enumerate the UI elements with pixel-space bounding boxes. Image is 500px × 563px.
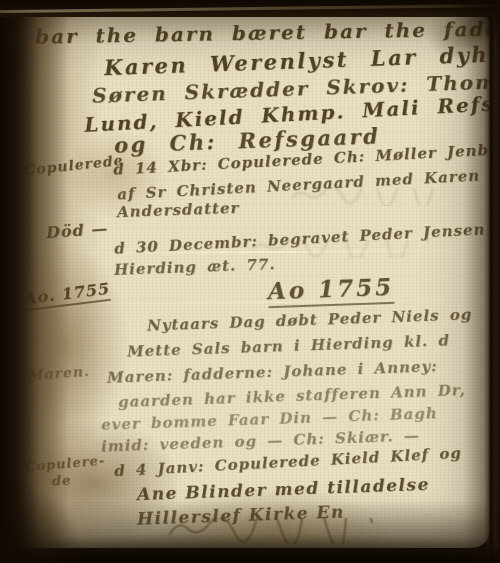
register-page-photo: bar the barn bæret bar the fadderne Kare… <box>0 0 500 563</box>
year-heading: Ao 1755 <box>268 274 395 308</box>
bleed-through-scribble <box>250 240 450 258</box>
corner-shadow-top-right <box>430 0 500 60</box>
bleed-through-scribble <box>290 188 460 206</box>
corner-shadow-bottom-left <box>0 443 120 563</box>
page-edge-right <box>484 0 500 563</box>
